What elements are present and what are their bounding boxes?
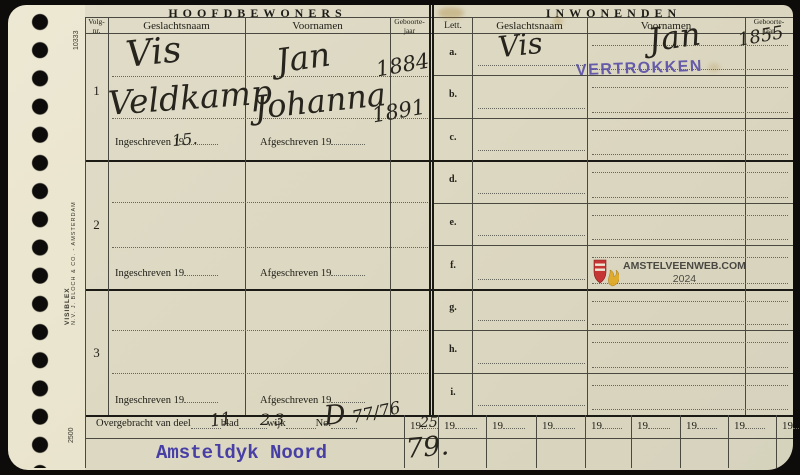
divider <box>108 17 109 415</box>
dotted-fill <box>553 419 575 429</box>
year-cell: 19 <box>686 419 717 432</box>
row-number-1: 1 <box>85 83 108 99</box>
column-header-lett: Lett. <box>434 21 472 31</box>
year-cell: 19 <box>542 419 575 432</box>
dotted-writing-line <box>112 202 428 203</box>
divider <box>585 415 586 468</box>
dotted-writing-line <box>112 373 428 374</box>
column-header-geboortejaar-left: Geboorte- jaar <box>390 18 429 35</box>
dotted-writing-line <box>478 150 585 151</box>
dotted-fill <box>184 266 218 276</box>
afgeschreven-row3: Afgeschreven 19 <box>260 393 365 406</box>
handwritten-blad: 23 <box>260 412 288 428</box>
stock-number: 2500 <box>68 411 75 443</box>
afgeschreven-row2: Afgeschreven 19 <box>260 266 365 279</box>
dotted-fill <box>697 419 717 429</box>
dotted-writing-line <box>478 320 585 321</box>
dotted-writing-line <box>592 172 788 173</box>
afgeschreven-row1: Afgeschreven 19 <box>260 135 365 148</box>
dotted-writing-line <box>592 215 788 216</box>
letter-row-a: a. <box>434 47 472 58</box>
year-cell: 19 <box>637 419 670 432</box>
dotted-writing-line <box>478 193 585 194</box>
letter-row-c: c. <box>434 132 472 143</box>
dotted-writing-line <box>478 405 585 406</box>
dotted-fill <box>648 419 670 429</box>
letter-row-e: e. <box>434 217 472 228</box>
year-cell: 19 <box>444 419 477 432</box>
dotted-fill <box>745 419 765 429</box>
binder-holes <box>31 13 49 468</box>
dotted-writing-line <box>478 279 585 280</box>
letter-row-d: d. <box>434 174 472 185</box>
letter-row-g: g. <box>434 302 472 313</box>
year-cell: 19 <box>782 419 800 432</box>
dotted-writing-line <box>592 324 788 325</box>
handwritten-surname-1: Vis <box>124 32 183 74</box>
ingeschreven-row2: Ingeschreven 19 <box>115 266 218 279</box>
handwritten-firstname-a: Jan <box>646 18 702 57</box>
dotted-fill <box>286 419 316 429</box>
dotted-writing-line <box>592 130 788 131</box>
dotted-writing-line <box>592 154 788 155</box>
section-title-inwonenden: INWONENDEN <box>434 6 793 21</box>
divider <box>434 245 793 246</box>
dotted-fill <box>184 393 218 403</box>
letter-row-f: f. <box>434 260 472 271</box>
dotted-writing-line <box>592 367 788 368</box>
letter-row-h: h. <box>434 344 472 355</box>
dotted-fill <box>455 419 477 429</box>
divider <box>631 415 632 468</box>
registration-card: 10333 VISIBLEX N.V. J. BLOCH & CO. - AMS… <box>8 5 793 470</box>
divider <box>434 118 793 119</box>
divider <box>85 289 793 291</box>
letter-row-b: b. <box>434 89 472 100</box>
dotted-writing-line <box>478 108 585 109</box>
dotted-fill <box>793 419 800 429</box>
divider <box>680 415 681 468</box>
section-title-hoofdbewoners: HOOFDBEWONERS <box>85 6 430 21</box>
printer-name: N.V. J. BLOCH & CO. - AMSTERDAM <box>71 203 77 325</box>
dotted-fill <box>331 266 365 276</box>
divider <box>434 203 793 204</box>
dotted-writing-line <box>478 65 585 66</box>
handwritten-ingeschreven-year: 15. <box>171 131 198 150</box>
address-stamp: Amsteldyk Noord <box>144 442 339 464</box>
year-cell: 19 <box>492 419 525 432</box>
crest-icon <box>593 258 619 288</box>
column-header-voornamen-left: Voornamen <box>245 20 390 32</box>
dotted-writing-line <box>592 342 788 343</box>
dotted-fill <box>503 419 525 429</box>
watermark-text: AMSTELVEENWEB.COM 2024 <box>623 260 746 285</box>
handwritten-deel: 11 <box>209 411 233 431</box>
divider <box>434 373 793 374</box>
dotted-writing-line <box>478 235 585 236</box>
paper-stain <box>708 63 720 72</box>
dotted-writing-line <box>112 330 428 331</box>
ingeschreven-row1: Ingeschreven 19 <box>115 135 218 148</box>
column-header-volgnr: Volg- nr. <box>85 18 108 35</box>
handwritten-surname-a: Vis <box>497 29 544 63</box>
paper-stain <box>438 7 464 19</box>
letter-row-i: i. <box>434 387 472 398</box>
divider <box>536 415 537 468</box>
divider <box>472 17 473 415</box>
divider <box>434 330 793 331</box>
handwritten-wijk: D <box>323 401 347 430</box>
row-number-3: 3 <box>85 345 108 361</box>
dotted-writing-line <box>478 363 585 364</box>
dotted-writing-line <box>592 112 788 113</box>
divider <box>776 415 777 468</box>
dotted-writing-line <box>112 247 428 248</box>
dotted-writing-line <box>592 385 788 386</box>
handwritten-firstname-1: Jan <box>274 37 332 77</box>
brand-name: VISIBLEX <box>64 203 71 325</box>
divider <box>85 160 793 162</box>
divider <box>486 415 487 468</box>
dotted-writing-line <box>592 239 788 240</box>
row-number-2: 2 <box>85 217 108 233</box>
handwritten-79: 79. <box>405 432 450 463</box>
divider <box>85 415 793 417</box>
year-cell: 19 <box>591 419 622 432</box>
paper-stain <box>553 17 563 25</box>
overgebracht-label: Overgebracht van deel <box>96 418 191 429</box>
dotted-fill <box>602 419 622 429</box>
dotted-writing-line <box>592 87 788 88</box>
serial-number: 10333 <box>73 8 80 50</box>
brand-printer-block: VISIBLEX N.V. J. BLOCH & CO. - AMSTERDAM <box>64 203 77 325</box>
dotted-writing-line <box>592 301 788 302</box>
dotted-fill <box>331 135 365 145</box>
divider <box>745 17 746 415</box>
divider <box>728 415 729 468</box>
dotted-writing-line <box>592 197 788 198</box>
year-cell: 19 <box>734 419 765 432</box>
watermark: AMSTELVEENWEB.COM 2024 <box>593 258 746 288</box>
dotted-writing-line <box>592 409 788 410</box>
handwritten-year-25: 25 <box>420 416 438 430</box>
ingeschreven-row3: Ingeschreven 19 <box>115 393 218 406</box>
